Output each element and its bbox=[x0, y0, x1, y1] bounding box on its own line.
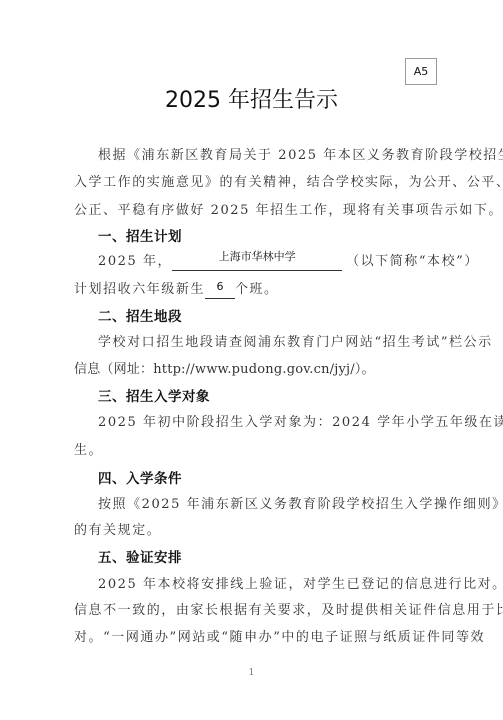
page-title: 2025 年招生告示 bbox=[0, 88, 503, 114]
verification-line-1: 2025 年本校将安排线上验证，对学生已登记的信息进行比对。 bbox=[98, 575, 434, 595]
enrollment-year-text: 2025 年， bbox=[98, 254, 172, 269]
section-heading-enrollment-plan: 一、招生计划 bbox=[98, 227, 182, 247]
section-heading-admission-conditions: 四、入学条件 bbox=[98, 469, 182, 489]
admission-conditions-line-1: 按照《2025 年浦东新区义务教育阶段学校招生入学操作细则》 bbox=[98, 495, 434, 515]
intro-line-1: 根据《浦东新区教育局关于 2025 年本区义务教育阶段学校招生 bbox=[98, 146, 434, 166]
class-unit-text: 个班。 bbox=[235, 282, 279, 297]
document-code-label: A5 bbox=[414, 65, 429, 78]
enrollment-plan-line-2: 计划招收六年级新生6个班。 bbox=[74, 280, 434, 300]
class-plan-text: 计划招收六年级新生 bbox=[74, 282, 205, 297]
school-alias-text: （以下简称“本校”） bbox=[346, 254, 479, 269]
enrollment-plan-line-1: 2025 年，上海市华林中学（以下简称“本校”） bbox=[98, 252, 434, 272]
intro-line-3: 公正、平稳有序做好 2025 年招生工作，现将有关事项告示如下。 bbox=[74, 201, 434, 221]
section-heading-verification: 五、验证安排 bbox=[98, 548, 182, 568]
class-count-field: 6 bbox=[205, 282, 235, 299]
document-code-badge: A5 bbox=[405, 58, 437, 85]
admission-conditions-line-2: 的有关规定。 bbox=[74, 521, 434, 541]
section-heading-enrollment-zone: 二、招生地段 bbox=[98, 307, 182, 327]
intro-line-2: 入学工作的实施意见》的有关精神，结合学校实际，为公开、公平、 bbox=[74, 173, 434, 193]
page-number: 1 bbox=[0, 668, 503, 678]
eligible-students-line-1: 2025 年初中阶段招生入学对象为：2024 学年小学五年级在读学 bbox=[98, 413, 434, 433]
verification-line-3: 对。“一网通办”网站或“随申办”中的电子证照与纸质证件同等效 bbox=[74, 628, 434, 648]
eligible-students-line-2: 生。 bbox=[74, 441, 434, 461]
enrollment-zone-line-1: 学校对口招生地段请查阅浦东教育门户网站“招生考试”栏公示 bbox=[98, 333, 434, 353]
section-heading-eligible-students: 三、招生入学对象 bbox=[98, 387, 210, 407]
verification-line-2: 信息不一致的，由家长根据有关要求，及时提供相关证件信息用于比 bbox=[74, 601, 434, 621]
enrollment-zone-line-2: 信息（网址：http://www.pudong.gov.cn/jyj/）。 bbox=[74, 360, 434, 380]
school-name-value: 上海市华林中学 bbox=[219, 250, 296, 263]
class-count-value: 6 bbox=[216, 280, 223, 293]
school-name-field: 上海市华林中学 bbox=[172, 254, 342, 271]
